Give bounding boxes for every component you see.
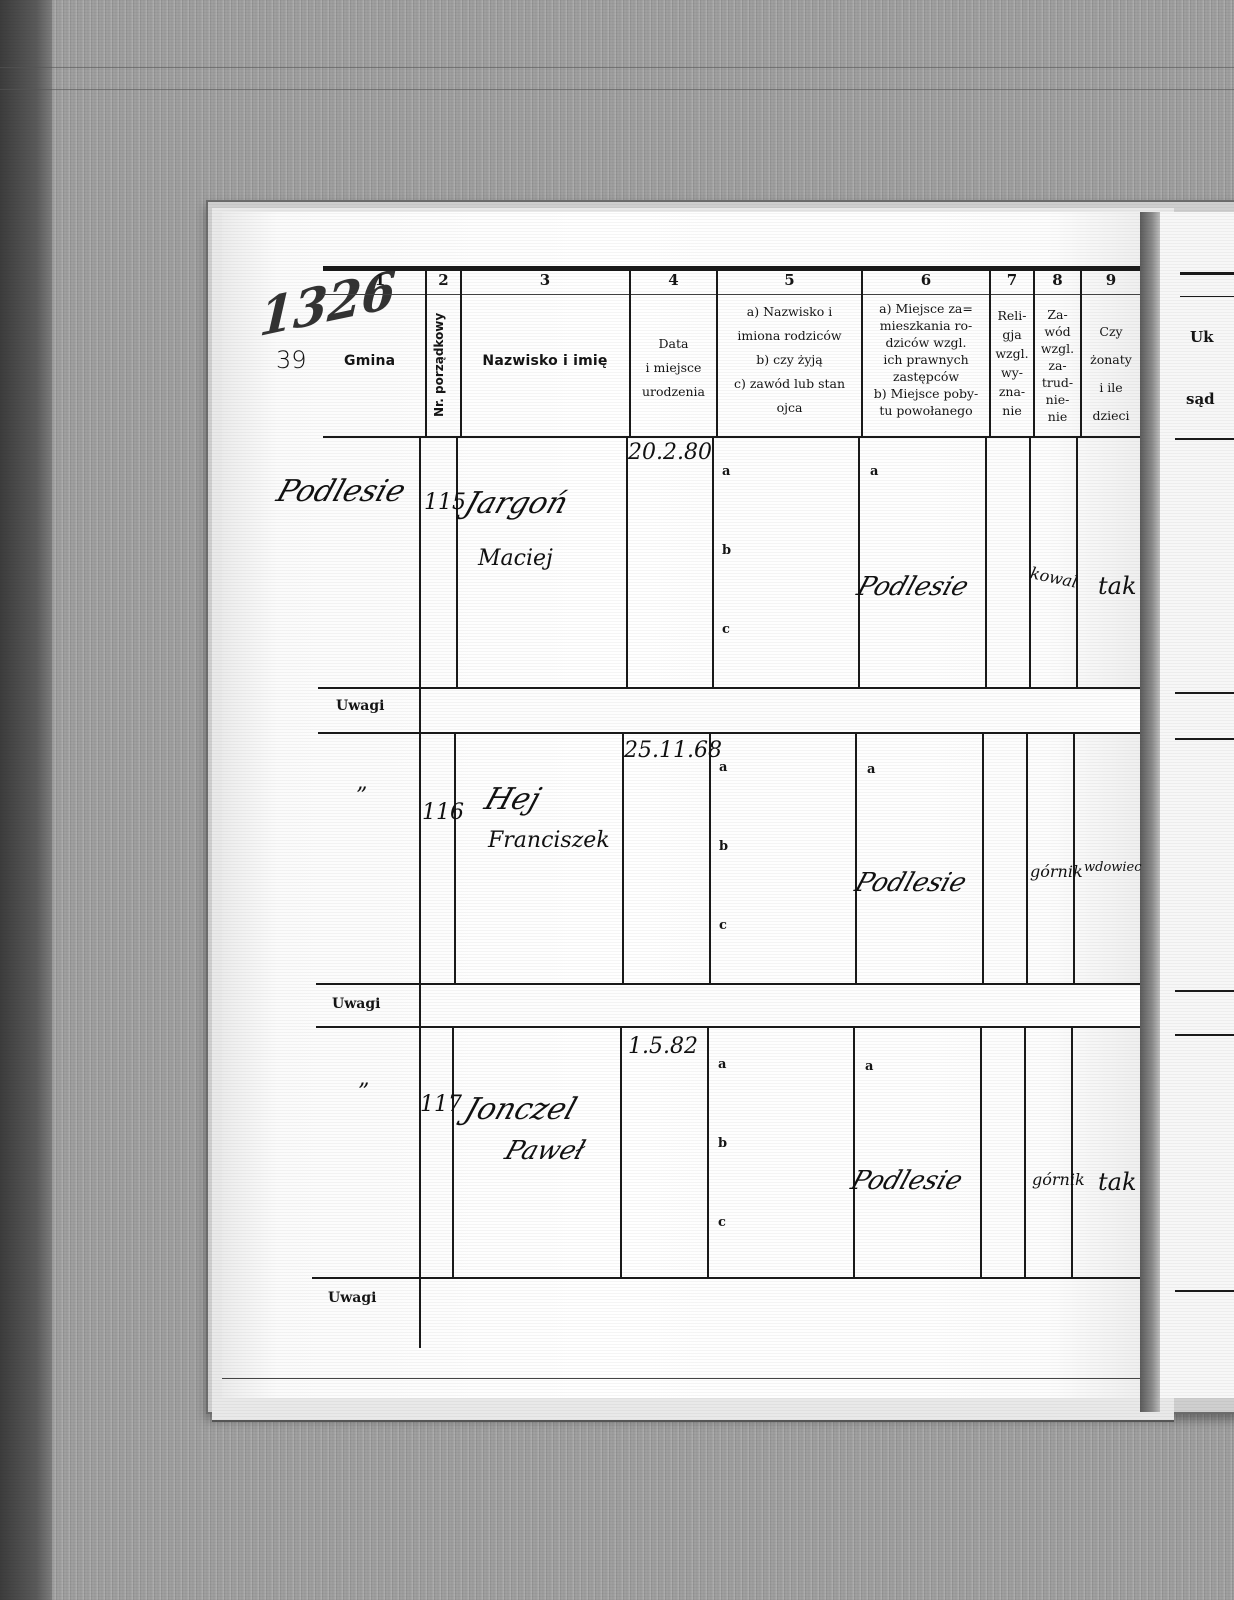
record-residence: Podlesie [851,868,970,898]
column-number: 5 [718,273,861,289]
scan-artifact-line [0,67,1234,68]
sub-label-c: c [722,622,730,637]
uwagi-field[interactable] [421,986,1140,1026]
column-number: 2 [427,273,460,289]
col-divider [452,1028,454,1278]
sub-label-b: b [718,1136,727,1151]
record-bottom-rule [316,983,1140,985]
header-miejsce-zamieszkania: a) Miejsce za= mieszkania ro- dziców wzg… [863,300,989,419]
sub-label-b: b [719,839,728,854]
page-number: 39 [276,346,307,374]
record-birth-date: 25.11.68 [624,738,722,763]
header-nr-porzadkowy: Nr. porządkowy [433,300,446,430]
col-divider [980,1028,982,1278]
col-divider [460,270,462,438]
column-number: 9 [1082,273,1140,289]
column-number: 6 [863,273,989,289]
header-gmina: Gmina [344,354,395,369]
col-divider [1076,438,1078,688]
col-divider [1024,1028,1026,1278]
header-data-urodzenia: Data i miejsce urodzenia [631,332,716,404]
header-bottom-rule [323,436,1140,438]
book-gutter [1140,212,1160,1412]
header-religia: Reli- gja wzgl. wy- zna- nie [991,306,1033,420]
scan-artifact-line [0,89,1234,90]
header-nazwisko-imie: Nazwisko i imię [470,354,620,369]
column-number: 1 [365,273,395,289]
right-page-rule [1175,1034,1234,1036]
col-divider [456,438,458,688]
col-divider [853,1028,855,1278]
col-divider [982,734,984,984]
col-divider [707,1028,709,1278]
record-bottom-rule [318,687,1140,689]
sub-label-c: c [718,1215,726,1230]
col-divider [1029,438,1031,688]
sub-label-b: b [722,543,731,558]
col-divider [620,1028,622,1278]
uwagi-bottom-rule [316,1026,1140,1028]
col-divider [622,734,624,984]
record-surname: Hej [480,782,545,817]
uwagi-label: Uwagi [332,996,380,1012]
right-page-rule [1175,692,1234,694]
uwagi-bottom-rule [318,732,1140,734]
colnum-rule [323,294,1140,295]
sub-label-a: a [867,762,875,777]
col-divider [626,438,628,688]
record-surname: Jargoń [460,486,572,521]
sub-label-a: a [870,464,878,479]
record-nr: 115 [424,490,466,515]
col-divider [1071,1028,1073,1278]
uwagi-field[interactable] [421,1280,1140,1340]
right-page-rule [1175,438,1234,440]
sub-label-a: a [719,760,727,775]
record-given-name: Franciszek [488,828,610,853]
col-divider [709,734,711,984]
sub-label-a: a [865,1059,873,1074]
right-page-rule [1175,738,1234,740]
record-gmina-ditto: ” [356,784,367,809]
col-divider [1026,734,1028,984]
record-given-name: Maciej [478,546,553,571]
column-number: 3 [530,273,560,289]
uwagi-label: Uwagi [328,1290,376,1306]
record-nr: 116 [422,800,464,825]
record-nr: 117 [420,1092,462,1117]
column-number: 7 [991,273,1033,289]
right-page-header: sąd [1186,392,1215,408]
col-divider [855,734,857,984]
col-divider [1073,734,1075,984]
record-married: wdowiec [1084,860,1142,875]
right-page-rule [1175,990,1234,992]
right-page-rule [1180,272,1234,275]
right-page-rule [1180,296,1234,297]
column-number: 8 [1035,273,1080,289]
scan-left-edge [0,0,52,1600]
col-divider [985,438,987,688]
header-zawod: Za- wód wzgl. za- trud- nie- nie [1035,306,1080,425]
header-rodzice: a) Nazwisko i imiona rodziców b) czy żyj… [718,300,861,420]
record-residence: Podlesie [847,1166,966,1196]
sub-label-a: a [718,1057,726,1072]
sub-label-c: c [719,918,727,933]
record-birth-date: 1.5.82 [628,1034,698,1059]
record-gmina: Podlesie [272,474,410,509]
page-bottom-rule [222,1378,1140,1379]
uwagi-field[interactable] [421,690,1140,734]
record-occupation: górnik [1032,1170,1085,1189]
record-married: tak [1098,1168,1137,1196]
col-divider [454,734,456,984]
column-number: 4 [631,273,716,289]
right-page-rule [1175,1290,1234,1292]
uwagi-label: Uwagi [336,698,384,714]
record-birth-date: 20.2.80 [628,440,712,465]
record-gmina-ditto: ” [358,1080,369,1105]
record-married: tak [1098,572,1137,600]
record-surname: Jonczel [460,1092,581,1127]
col-divider [858,438,860,688]
right-page-header: Uk [1190,330,1213,346]
col-divider [425,270,427,438]
col-divider [712,438,714,688]
record-bottom-rule [312,1277,1140,1279]
sub-label-a: a [722,464,730,479]
header-zonaty: Czy żonaty i ile dzieci [1082,318,1140,430]
record-residence: Podlesie [853,572,972,602]
record-occupation: górnik [1030,862,1083,881]
col-divider [419,438,421,1348]
record-given-name: Paweł [501,1136,589,1166]
